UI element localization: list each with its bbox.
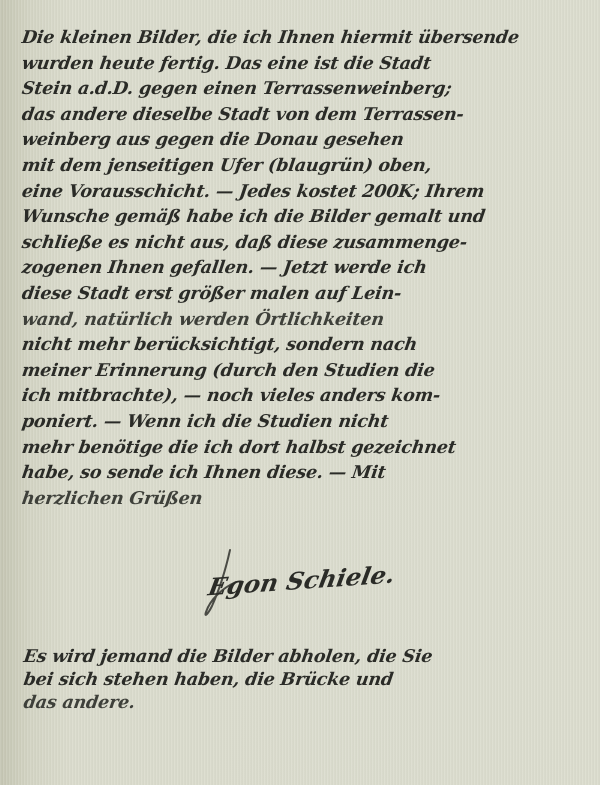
letter-line: wurden heute fertig. Das eine ist die St… (20, 52, 584, 78)
letter-line: mit dem jenseitigen Ufer (blaugrün) oben… (20, 154, 584, 180)
letter-line: poniert. — Wenn ich die Studien nicht (20, 410, 584, 436)
letter-line: diese Stadt erst größer malen auf Lein- (20, 282, 584, 308)
letter-line: Die kleinen Bilder, die ich Ihnen hiermi… (20, 26, 584, 52)
letter-line: schließe es nicht aus, daß diese zusamme… (20, 231, 584, 257)
postscript: Es wird jemand die Bilder abholen, die S… (22, 646, 502, 715)
letter-line: herzlichen Grüßen (20, 487, 584, 513)
letter-line: meiner Erinnerung (durch den Studien die (20, 359, 584, 385)
letter-line: Stein a.d.D. gegen einen Terrassenweinbe… (20, 77, 584, 103)
postscript-line: Es wird jemand die Bilder abholen, die S… (22, 646, 505, 669)
letter-line: das andere dieselbe Stadt von dem Terras… (20, 103, 584, 129)
letter-page: Die kleinen Bilder, die ich Ihnen hiermi… (0, 0, 600, 785)
letter-line: eine Vorausschicht. — Jedes kostet 200K;… (20, 180, 584, 206)
postscript-line: das andere. (22, 692, 505, 715)
letter-line: weinberg aus gegen die Donau gesehen (20, 128, 584, 154)
letter-line: nicht mehr berücksichtigt, sondern nach (20, 333, 584, 359)
letter-body: Die kleinen Bilder, die ich Ihnen hiermi… (20, 26, 580, 512)
letter-line: zogenen Ihnen gefallen. — Jetzt werde ic… (20, 256, 584, 282)
letter-line: Wunsche gemäß habe ich die Bilder gemalt… (20, 205, 584, 231)
letter-line: wand, natürlich werden Örtlichkeiten (20, 308, 584, 334)
letter-line: mehr benötige die ich dort halbst gezeic… (20, 436, 584, 462)
letter-line: ich mitbrachte), — noch vieles anders ko… (20, 384, 584, 410)
postscript-line: bei sich stehen haben, die Brücke und (22, 669, 505, 692)
letter-line: habe, so sende ich Ihnen diese. — Mit (20, 461, 584, 487)
